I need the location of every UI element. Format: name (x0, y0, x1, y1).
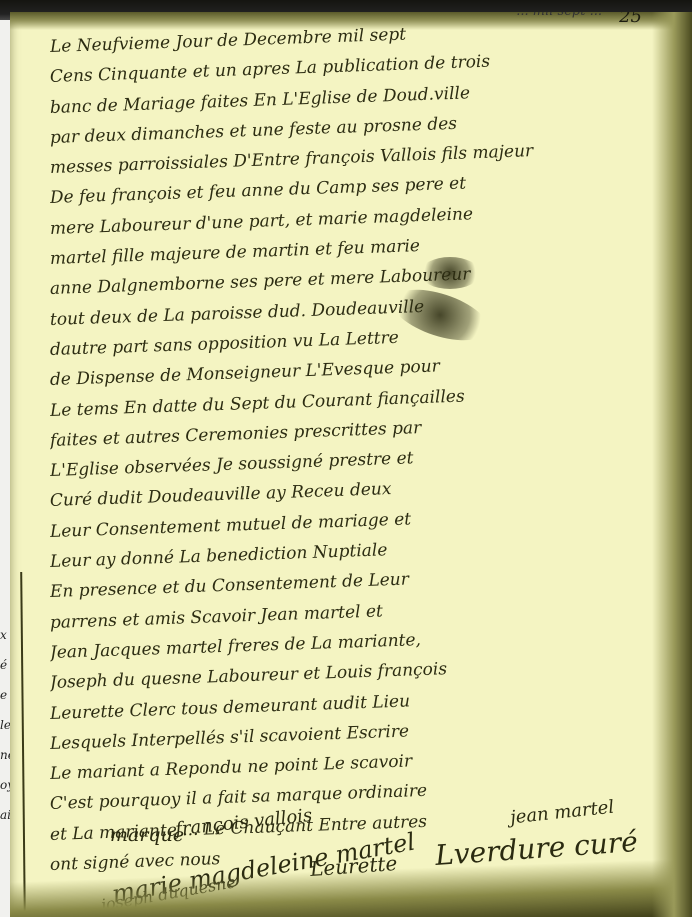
register-page: ... mil sept ... 25 Le Neufvieme Jour de… (10, 12, 692, 917)
marriage-record-text: Le Neufvieme Jour de Decembre mil sept C… (50, 32, 670, 880)
groom-mark-label: marque (110, 824, 184, 846)
page-bottom-shadow (10, 857, 692, 917)
